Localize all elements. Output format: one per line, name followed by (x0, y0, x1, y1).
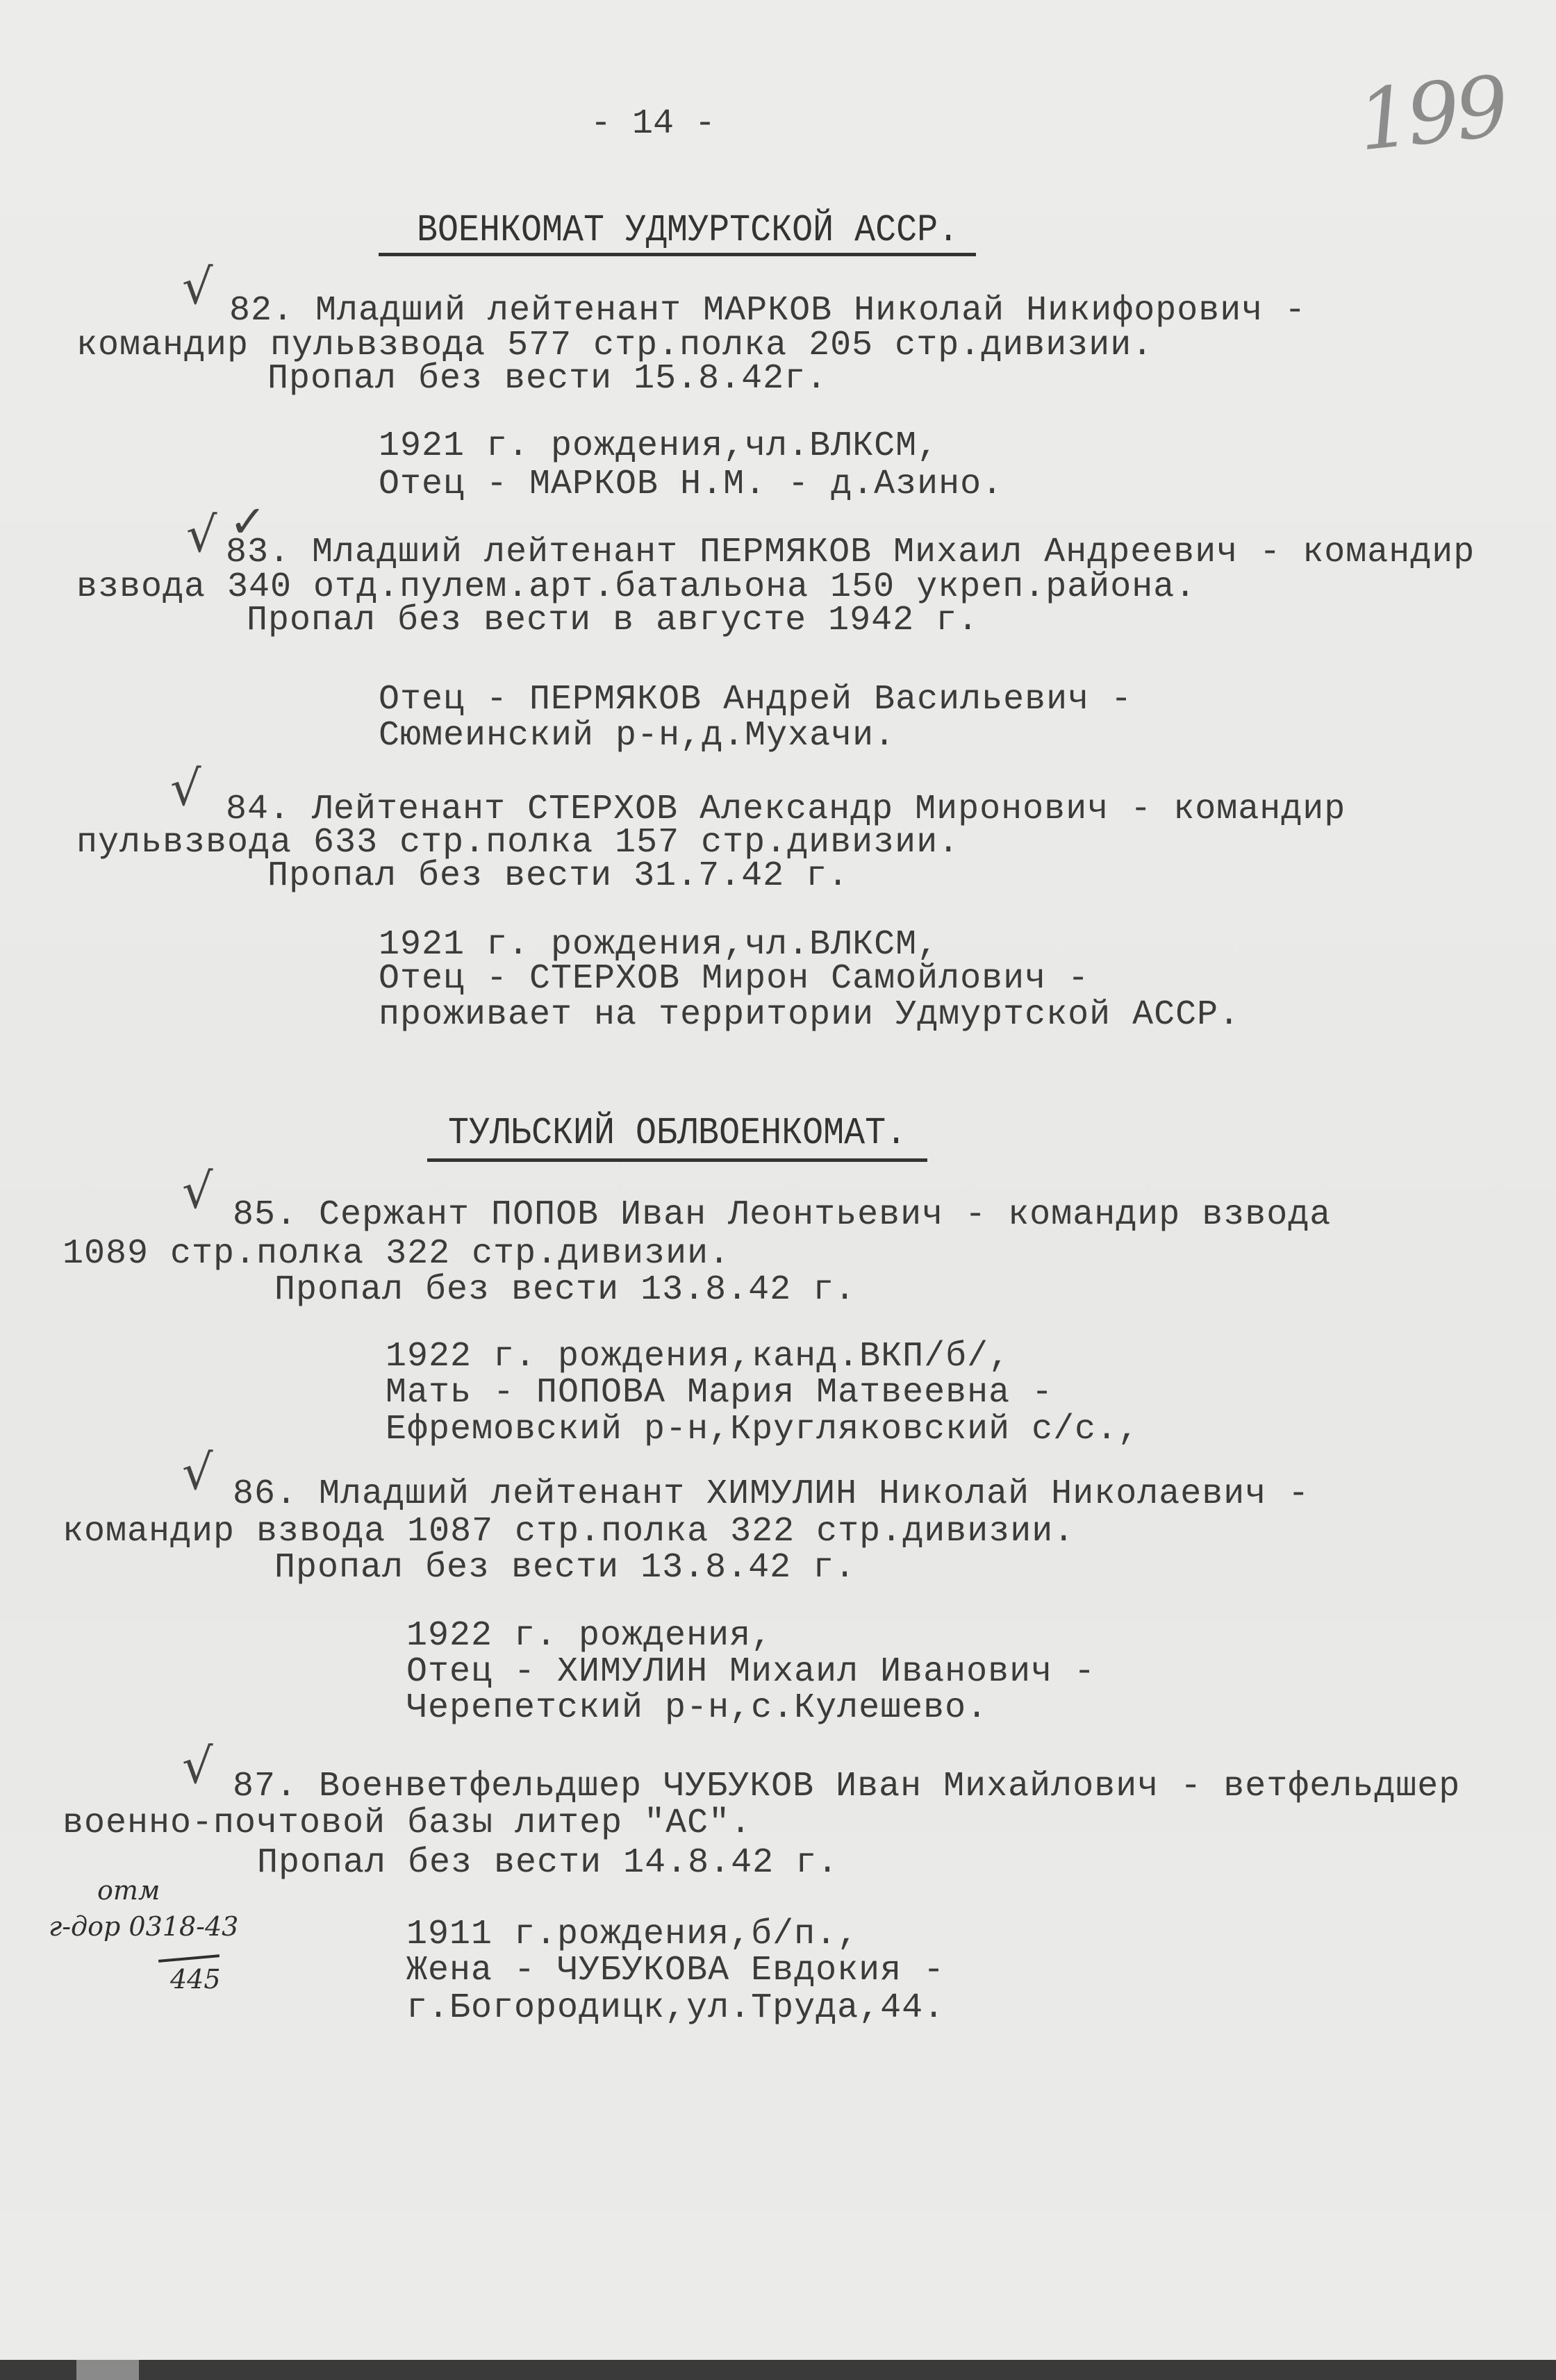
entry-87-detail-1: 1911 г.рождения,б/п., (406, 1915, 859, 1954)
entry-85-line-2: 1089 стр.полка 322 стр.дивизии. (63, 1235, 730, 1274)
entry-82-detail-2: Отец - МАРКОВ Н.М. - д.Азино. (379, 465, 1003, 504)
page-number: - 14 - (590, 104, 715, 144)
check-mark-icon: √ (186, 510, 217, 559)
entry-87-line-1: 87. Военветфельдшер ЧУБУКОВ Иван Михайло… (233, 1767, 1460, 1806)
section-heading-tula: ТУЛЬСКИЙ ОБЛВОЕНКОМАТ. (448, 1113, 907, 1156)
entry-83-line-1: 83. Младший лейтенант ПЕРМЯКОВ Михаил Ан… (226, 533, 1475, 572)
entry-87-line-3: Пропал без вести 14.8.42 г. (257, 1844, 838, 1883)
check-mark-icon: √ (182, 1167, 213, 1215)
folio-number: 199 (1353, 58, 1509, 169)
entry-86-line-1: 86. Младший лейтенант ХИМУЛИН Николай Ни… (233, 1475, 1309, 1514)
check-mark-icon: √ (170, 764, 201, 813)
entry-84-line-3: Пропал без вести 31.7.42 г. (267, 857, 849, 896)
entry-87-detail-3: г.Богородицк,ул.Труда,44. (406, 1989, 945, 2028)
entry-84-detail-2: Отец - СТЕРХОВ Мирон Самойлович - (379, 960, 1089, 999)
entry-85-detail-1: 1922 г. рождения,канд.ВКП/б/, (386, 1338, 1010, 1376)
entry-86-line-3: Пропал без вести 13.8.42 г. (274, 1549, 856, 1588)
heading-underline (379, 253, 976, 256)
entry-86-detail-2: Отец - ХИМУЛИН Михаил Иванович - (406, 1653, 1095, 1692)
entry-82-line-1: 82. Младший лейтенант МАРКОВ Николай Ник… (229, 292, 1306, 331)
scan-edge-shade (76, 2360, 139, 2380)
entry-87-detail-2: Жена - ЧУБУКОВА Евдокия - (406, 1952, 945, 1990)
check-mark-icon: √ (182, 1448, 213, 1497)
entry-84-detail-3: проживает на территории Удмуртской АССР. (379, 996, 1240, 1035)
margin-note-line-1: отм (97, 1875, 160, 1906)
entry-85-line-3: Пропал без вести 13.8.42 г. (274, 1271, 856, 1310)
margin-note-fraction-line (158, 1954, 220, 1963)
entry-83-detail-2: Сюмеинский р-н,д.Мухачи. (379, 717, 895, 756)
entry-83-line-3: Пропал без вести в августе 1942 г. (247, 601, 979, 640)
scan-bottom-edge (0, 2360, 1556, 2380)
entry-83-detail-1: Отец - ПЕРМЯКОВ Андрей Васильевич - (379, 681, 1132, 719)
entry-86-detail-3: Черепетский р-н,с.Кулешево. (406, 1689, 988, 1728)
check-mark-icon: √ (182, 1742, 213, 1790)
entry-85-detail-2: Мать - ПОПОВА Мария Матвеевна - (386, 1374, 1053, 1413)
heading-underline (427, 1158, 927, 1162)
section-heading-udmurt: ВОЕНКОМАТ УДМУРТСКОЙ АССР. (417, 210, 959, 253)
entry-86-line-2: командир взвода 1087 стр.полка 322 стр.д… (63, 1513, 1075, 1551)
document-page: - 14 - 199 ВОЕНКОМАТ УДМУРТСКОЙ АССР. √ … (0, 0, 1556, 2361)
entry-85-detail-3: Ефремовский р-н,Кругляковский с/с., (386, 1410, 1139, 1449)
margin-note-line-3: 445 (170, 1964, 221, 1995)
margin-note-line-2: г-дор 0318-43 (49, 1911, 238, 1942)
entry-82-line-3: Пропал без вести 15.8.42г. (267, 360, 827, 399)
entry-85-line-1: 85. Сержант ПОПОВ Иван Леонтьевич - кома… (233, 1196, 1331, 1235)
check-mark-icon: √ (182, 263, 213, 311)
entry-86-detail-1: 1922 г. рождения, (406, 1617, 772, 1656)
entry-82-detail-1: 1921 г. рождения,чл.ВЛКСМ, (379, 427, 938, 466)
entry-87-line-2: военно-почтовой базы литер "АС". (63, 1804, 752, 1843)
